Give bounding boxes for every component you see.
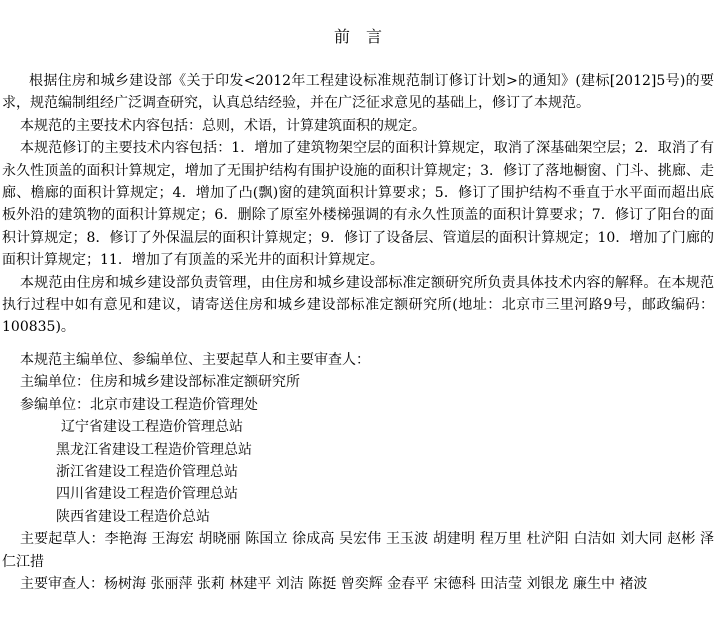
drafters-label: 主要起草人： [20, 531, 105, 547]
reviewers-label: 主要审查人： [20, 576, 104, 592]
reviewers-line: 主要审查人：杨树海 张丽萍 张莉 林建平 刘洁 陈挺 曾奕辉 金春平 宋德科 田… [2, 573, 714, 595]
paragraph-revisions: 本规范修订的主要技术内容包括：1．增加了建筑物架空层的面积计算规定，取消了深基础… [2, 137, 714, 271]
paragraph-management: 本规范由住房和城乡建设部负责管理，由住房和城乡建设部标准定额研究所负责具体技术内… [2, 272, 714, 339]
unit-list-item: 辽宁省建设工程造价管理总站 [2, 416, 714, 438]
chief-editor-unit-label: 主编单位： [20, 374, 90, 390]
page-title: 前 言 [2, 28, 714, 46]
paragraph-contents: 本规范的主要技术内容包括：总则，术语，计算建筑面积的规定。 [2, 115, 714, 137]
paragraph-credits-intro: 本规范主编单位、参编单位、主要起草人和主要审查人： [2, 349, 714, 371]
participating-unit-first: 北京市建设工程造价管理处 [90, 397, 258, 413]
participating-unit-line: 参编单位：北京市建设工程造价管理处 [2, 394, 714, 416]
document-page: 前 言 根据住房和城乡建设部《关于印发<2012年工程建设标准规范制订修订计划>… [0, 0, 720, 623]
reviewers-names: 杨树海 张丽萍 张莉 林建平 刘洁 陈挺 曾奕辉 金春平 宋德科 田洁莹 刘银龙… [104, 576, 647, 592]
unit-list-item: 浙江省建设工程造价管理总站 [2, 461, 714, 483]
chief-editor-unit-line: 主编单位：住房和城乡建设部标准定额研究所 [2, 371, 714, 393]
chief-editor-unit-value: 住房和城乡建设部标准定额研究所 [90, 374, 300, 390]
drafters-names: 李艳海 王海宏 胡晓丽 陈国立 徐成高 吴宏伟 王玉波 胡建明 程万里 杜浐阳 … [2, 531, 714, 569]
participating-unit-label: 参编单位： [20, 397, 90, 413]
unit-list-item: 黑龙江省建设工程造价管理总站 [2, 439, 714, 461]
paragraph-basis: 根据住房和城乡建设部《关于印发<2012年工程建设标准规范制订修订计划>的通知》… [2, 70, 714, 115]
unit-list-item: 四川省建设工程造价管理总站 [2, 483, 714, 505]
drafters-line: 主要起草人：李艳海 王海宏 胡晓丽 陈国立 徐成高 吴宏伟 王玉波 胡建明 程万… [2, 528, 714, 573]
unit-list-item: 陕西省建设工程造价总站 [2, 506, 714, 528]
